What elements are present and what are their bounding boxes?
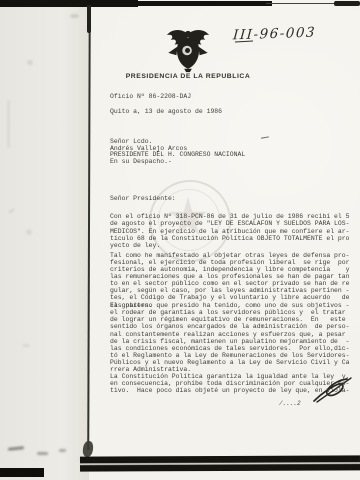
letterhead-title: PRESIDENCIA DE LA REPUBLICA xyxy=(98,73,278,80)
scan-smudge xyxy=(7,100,10,148)
ecuador-coat-of-arms-icon xyxy=(164,27,212,74)
recipient-block: Señor Lcdo. Andrés Vallejo Arcos PRESIDE… xyxy=(110,139,245,166)
scan-smudge xyxy=(26,229,32,235)
top-scan-bar xyxy=(132,1,272,6)
page-continuation-marker: /....2 xyxy=(279,400,301,407)
body-paragraph-2: Tal como he manifestado al objetar otras… xyxy=(110,252,350,309)
scan-smudge xyxy=(59,449,66,452)
top-scan-bar xyxy=(334,1,360,6)
scan-smudge xyxy=(27,60,33,65)
top-scan-bar xyxy=(0,0,138,7)
scan-smudge xyxy=(37,452,48,455)
scanned-letter-page: III-96-003 PRESIDENCIA DE LA REPUBLICA O… xyxy=(0,0,360,480)
body-paragraph-3: El gobierno que presido ha tenido, como … xyxy=(110,302,350,374)
page-edge-line xyxy=(87,5,91,33)
body-paragraph-1: Con el oficio Nº 318-PCN-86 de 31 de jul… xyxy=(110,213,350,249)
date-line: Quito a, 13 de agosto de 1986 xyxy=(110,108,222,115)
bottom-scan-band xyxy=(80,455,360,471)
scanner-margin xyxy=(0,0,89,480)
scan-smudge xyxy=(22,344,30,347)
salutation: Señor Presidente: xyxy=(110,195,176,202)
oficio-number: Oficio Nº 86-2208-DAJ xyxy=(110,93,191,100)
pen-flourish-icon xyxy=(311,377,357,403)
scan-smudge xyxy=(70,14,79,18)
bottom-left-scan-bar xyxy=(0,468,44,477)
